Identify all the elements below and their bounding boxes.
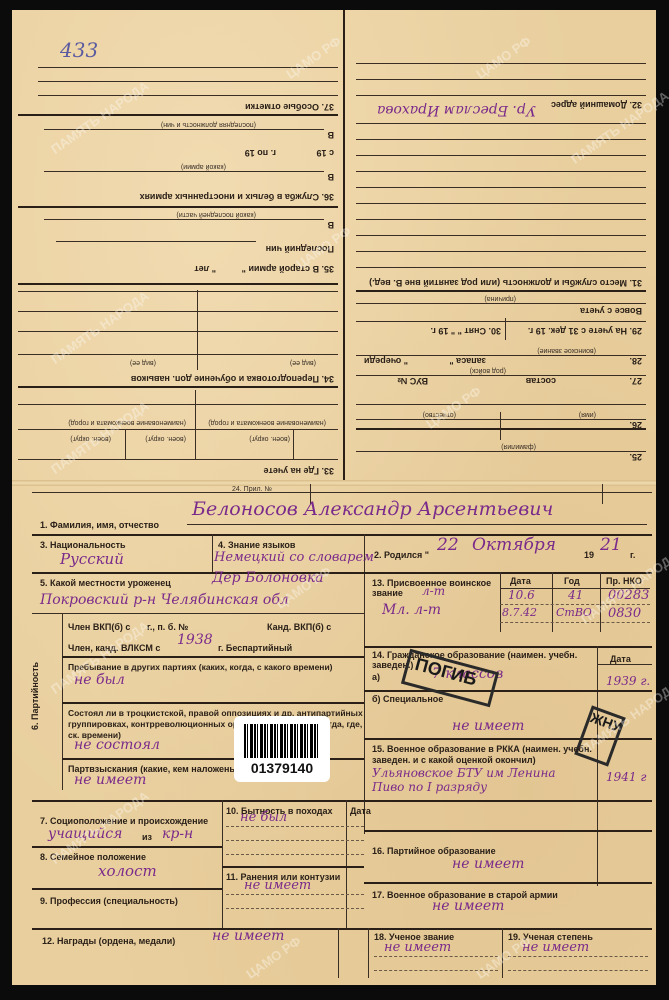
form-rule xyxy=(356,404,646,405)
form-rule xyxy=(356,428,646,430)
form-text: Член, канд. ВЛКСМ с xyxy=(68,643,160,653)
form-rule xyxy=(597,664,652,665)
barcode-label: 01379140 xyxy=(234,716,330,782)
form-text: 24. Прил. № xyxy=(232,486,272,493)
home-address-value: Ур. Бреслам Ирахова xyxy=(377,102,536,118)
form-rule xyxy=(62,656,364,658)
form-text: 16. Партийное образование xyxy=(372,846,496,856)
form-rule xyxy=(226,826,364,827)
form-rule xyxy=(195,430,196,460)
form-text: 15. Военное образование в РККА (наимен. … xyxy=(372,744,597,766)
form-rule xyxy=(32,534,652,536)
form-text: из xyxy=(142,832,152,842)
form-text: 29. На учете с 31 дек. 19 г. xyxy=(528,326,642,336)
form-rule xyxy=(500,412,501,440)
f18-value: не имеет xyxy=(384,940,451,955)
form-text: Пребывание в других партиях (каких, когд… xyxy=(68,662,333,672)
form-text: 00283 xyxy=(608,588,649,603)
form-rule xyxy=(356,203,646,204)
form-rule xyxy=(32,928,652,930)
form-text: б) Специальное xyxy=(372,694,443,704)
f15-date: 1941 г xyxy=(606,770,646,784)
form-rule xyxy=(364,690,652,692)
form-text: 36. Служба в белых и иностранных армиях xyxy=(140,192,334,202)
f12-value: не имеет xyxy=(212,928,284,944)
f1-value: Белоносов Александр Арсентьевич xyxy=(192,498,553,520)
f2-day: 22 xyxy=(437,535,459,555)
form-rule xyxy=(38,81,338,82)
form-rule xyxy=(338,928,339,978)
form-text: 32. Домашний адрес xyxy=(551,100,642,110)
form-text: В xyxy=(328,130,335,140)
f16-value: не имеет xyxy=(452,856,524,872)
form-rule xyxy=(343,10,345,480)
form-rule xyxy=(356,451,646,452)
form-text: " очереди xyxy=(364,356,408,366)
form-text: 0830 xyxy=(608,606,641,621)
form-text: 33. Где на учете xyxy=(264,466,334,476)
form-rule xyxy=(18,331,338,332)
f15-value1: Ульяновское БТУ им Ленина xyxy=(372,766,556,780)
form-rule xyxy=(597,646,598,886)
form-rule xyxy=(356,171,646,172)
barcode-icon xyxy=(244,724,320,758)
form-text: 27. xyxy=(629,376,642,386)
form-text: 5. Какой местности уроженец xyxy=(40,578,171,588)
form-text: 3. Национальность xyxy=(40,540,126,550)
f13-rank: Мл. л-т xyxy=(382,602,441,618)
form-rule xyxy=(56,241,256,242)
form-rule xyxy=(356,235,646,236)
form-rule xyxy=(18,354,338,355)
form-rule xyxy=(356,123,646,124)
form-rule xyxy=(364,830,652,832)
form-rule xyxy=(356,63,646,64)
form-rule xyxy=(374,970,498,971)
f8-value: холост xyxy=(98,862,157,880)
form-rule xyxy=(18,311,338,312)
f7-value1: учащийся xyxy=(48,826,122,842)
form-text: (имя) xyxy=(579,411,596,418)
form-text: 30. Снят " " 19 г. xyxy=(430,326,501,336)
form-text: В xyxy=(328,220,335,230)
form-text: 41 xyxy=(568,588,583,602)
form-text: (какой последней части) xyxy=(176,211,256,218)
form-text: (последняя должность и чин) xyxy=(161,121,256,128)
form-text: 8.7.42 xyxy=(502,606,537,619)
form-rule xyxy=(356,251,646,252)
form-text: 4. Знание языков xyxy=(218,540,295,550)
form-text: СтВО xyxy=(556,606,592,619)
barcode-number: 01379140 xyxy=(234,760,330,776)
form-rule xyxy=(32,888,222,890)
form-text: 7. Социоположение и происхождение xyxy=(40,816,208,826)
form-rule xyxy=(602,484,603,504)
form-rule xyxy=(18,206,338,208)
personnel-card: 433 25. (фамилия) 26. (имя) (отчество) 2… xyxy=(12,10,656,985)
form-text: (вид ее) xyxy=(290,359,316,366)
form-rule xyxy=(38,95,338,96)
form-rule xyxy=(44,129,324,130)
f17-value: не имеет xyxy=(432,898,504,914)
form-text: Член ВКП(б) с xyxy=(68,622,130,632)
f19-value: не имеет xyxy=(522,940,589,955)
form-rule xyxy=(356,419,646,420)
form-text: 28. xyxy=(629,356,642,366)
form-rule xyxy=(500,622,650,623)
f6-other-parties-value: не был xyxy=(74,672,125,688)
form-text: (какой армии) xyxy=(181,163,226,170)
form-text: 10.6 xyxy=(508,588,535,602)
form-rule xyxy=(212,534,213,572)
form-text: Вовсе с учета xyxy=(580,306,642,316)
form-rule xyxy=(508,956,648,957)
form-text: (воен. округ) xyxy=(70,435,111,442)
form-text: состав xyxy=(526,376,556,386)
form-text: Дата xyxy=(350,806,371,816)
f4-value: Немецкий со словарем xyxy=(214,550,374,565)
f6-side-label: 6. Партийность xyxy=(30,662,40,730)
form-rule xyxy=(293,430,294,460)
form-rule xyxy=(508,970,648,971)
form-rule xyxy=(18,386,338,388)
form-rule xyxy=(356,303,646,304)
form-text: а) xyxy=(372,672,380,682)
form-text: (род войск) xyxy=(470,367,506,374)
form-rule xyxy=(356,139,646,140)
form-rule xyxy=(32,572,652,574)
f5-value2: Покровский р-н Челябинская обл xyxy=(40,592,289,608)
form-rule xyxy=(222,866,364,868)
form-text: (воен. округ) xyxy=(249,435,290,442)
form-rule xyxy=(32,613,364,614)
form-rule xyxy=(32,800,652,802)
form-rule xyxy=(18,459,338,460)
form-text: (фамилия) xyxy=(501,443,536,450)
form-text: 37. Особые отметки xyxy=(245,102,334,112)
form-text: запаса " xyxy=(449,356,486,366)
form-text: г., п. б. № xyxy=(147,622,188,632)
form-text: 9. Профессия (специальность) xyxy=(40,896,178,906)
f7-value2: кр-н xyxy=(162,826,193,842)
form-text: 34. Переподготовка и обучение доп. навык… xyxy=(131,374,334,384)
form-text: 31. Место службы и должность (или род за… xyxy=(369,278,642,288)
f6-penalties-value: не имеет xyxy=(74,772,146,788)
form-text: г. Беспартийный xyxy=(218,643,292,653)
form-rule xyxy=(32,492,652,493)
form-rule xyxy=(364,882,652,884)
form-text: (отчество) xyxy=(423,411,456,418)
form-text: ВУС № xyxy=(397,376,428,386)
f15-value2: Пиво по I разряду xyxy=(372,780,487,794)
form-rule xyxy=(600,572,601,632)
form-rule xyxy=(356,321,646,322)
form-text: Последний чин xyxy=(266,244,334,254)
form-rule xyxy=(226,894,364,895)
form-rule xyxy=(356,267,646,268)
form-rule xyxy=(222,800,223,928)
form-text: (вид ее) xyxy=(130,359,156,366)
form-text: (причина) xyxy=(484,295,516,302)
form-text: (воен. округ) xyxy=(145,435,186,442)
form-text: 2. Родился " xyxy=(374,550,429,560)
form-rule xyxy=(18,404,338,405)
f5-value1: Дер Болоновка xyxy=(212,570,324,586)
form-rule xyxy=(500,604,650,605)
form-rule xyxy=(62,702,364,704)
form-rule xyxy=(226,840,364,841)
form-text: В xyxy=(328,172,335,182)
form-text: Пр. НКО xyxy=(606,576,642,586)
form-rule xyxy=(226,908,364,909)
f6-opposition-value: не состоял xyxy=(74,737,160,753)
form-rule xyxy=(195,390,196,430)
form-text: Дата xyxy=(610,654,631,664)
f6-vlksm-year: 1938 xyxy=(177,632,213,648)
f14-b-value: не имеет xyxy=(452,718,524,734)
form-rule xyxy=(18,283,338,285)
form-rule xyxy=(44,219,324,220)
f3-value: Русский xyxy=(60,550,124,568)
f11-value: не имеет xyxy=(244,878,311,893)
form-rule xyxy=(18,291,338,292)
form-rule xyxy=(32,846,222,848)
form-rule xyxy=(502,928,503,978)
form-rule xyxy=(356,79,646,80)
form-text: " лет xyxy=(194,264,216,274)
f13-rank-sup: л-т xyxy=(422,584,445,598)
form-text: с 19 xyxy=(316,148,334,158)
form-rule xyxy=(197,290,198,370)
form-text: г. xyxy=(630,550,635,560)
form-text: 12. Награды (ордена, медали) xyxy=(42,936,175,946)
form-rule xyxy=(364,534,365,834)
form-rule xyxy=(356,290,646,292)
form-text: (наименование военкомата и город) xyxy=(68,419,186,426)
f2-month: Октября xyxy=(472,535,556,555)
form-text: 35. В старой армии " xyxy=(242,264,334,274)
f2-year: 21 xyxy=(600,535,622,555)
form-rule xyxy=(364,646,652,648)
form-text: 25. xyxy=(629,452,642,462)
form-rule xyxy=(18,429,338,430)
form-rule xyxy=(368,928,369,978)
fold-line xyxy=(12,480,656,486)
form-rule xyxy=(356,95,646,96)
form-rule xyxy=(500,572,501,632)
form-rule xyxy=(552,572,553,632)
form-text: г. по 19 xyxy=(245,148,276,158)
form-rule xyxy=(356,219,646,220)
form-rule xyxy=(44,171,324,172)
form-rule xyxy=(356,187,646,188)
form-text: Год xyxy=(564,576,580,586)
form-rule xyxy=(125,430,126,460)
form-text: (наименование военкомата и город) xyxy=(208,419,326,426)
f1-label: 1. Фамилия, имя, отчество xyxy=(40,520,159,530)
form-rule xyxy=(18,114,338,116)
form-rule xyxy=(226,854,364,855)
form-rule xyxy=(38,67,338,68)
form-rule xyxy=(187,524,647,525)
form-text: 8. Семейное положение xyxy=(40,852,146,862)
f10-value: не был xyxy=(240,810,287,825)
form-rule xyxy=(374,956,498,957)
f14-a-date: 1939 г. xyxy=(606,674,650,688)
top-half-rotated: 25. (фамилия) 26. (имя) (отчество) 27. с… xyxy=(12,10,656,480)
form-rule xyxy=(356,155,646,156)
form-text: Канд. ВКП(б) с xyxy=(267,622,331,632)
form-text: Дата xyxy=(510,576,531,586)
form-text: (воинское звание) xyxy=(537,347,596,354)
form-text: 26. xyxy=(629,420,642,430)
form-text: 19 xyxy=(584,550,594,560)
